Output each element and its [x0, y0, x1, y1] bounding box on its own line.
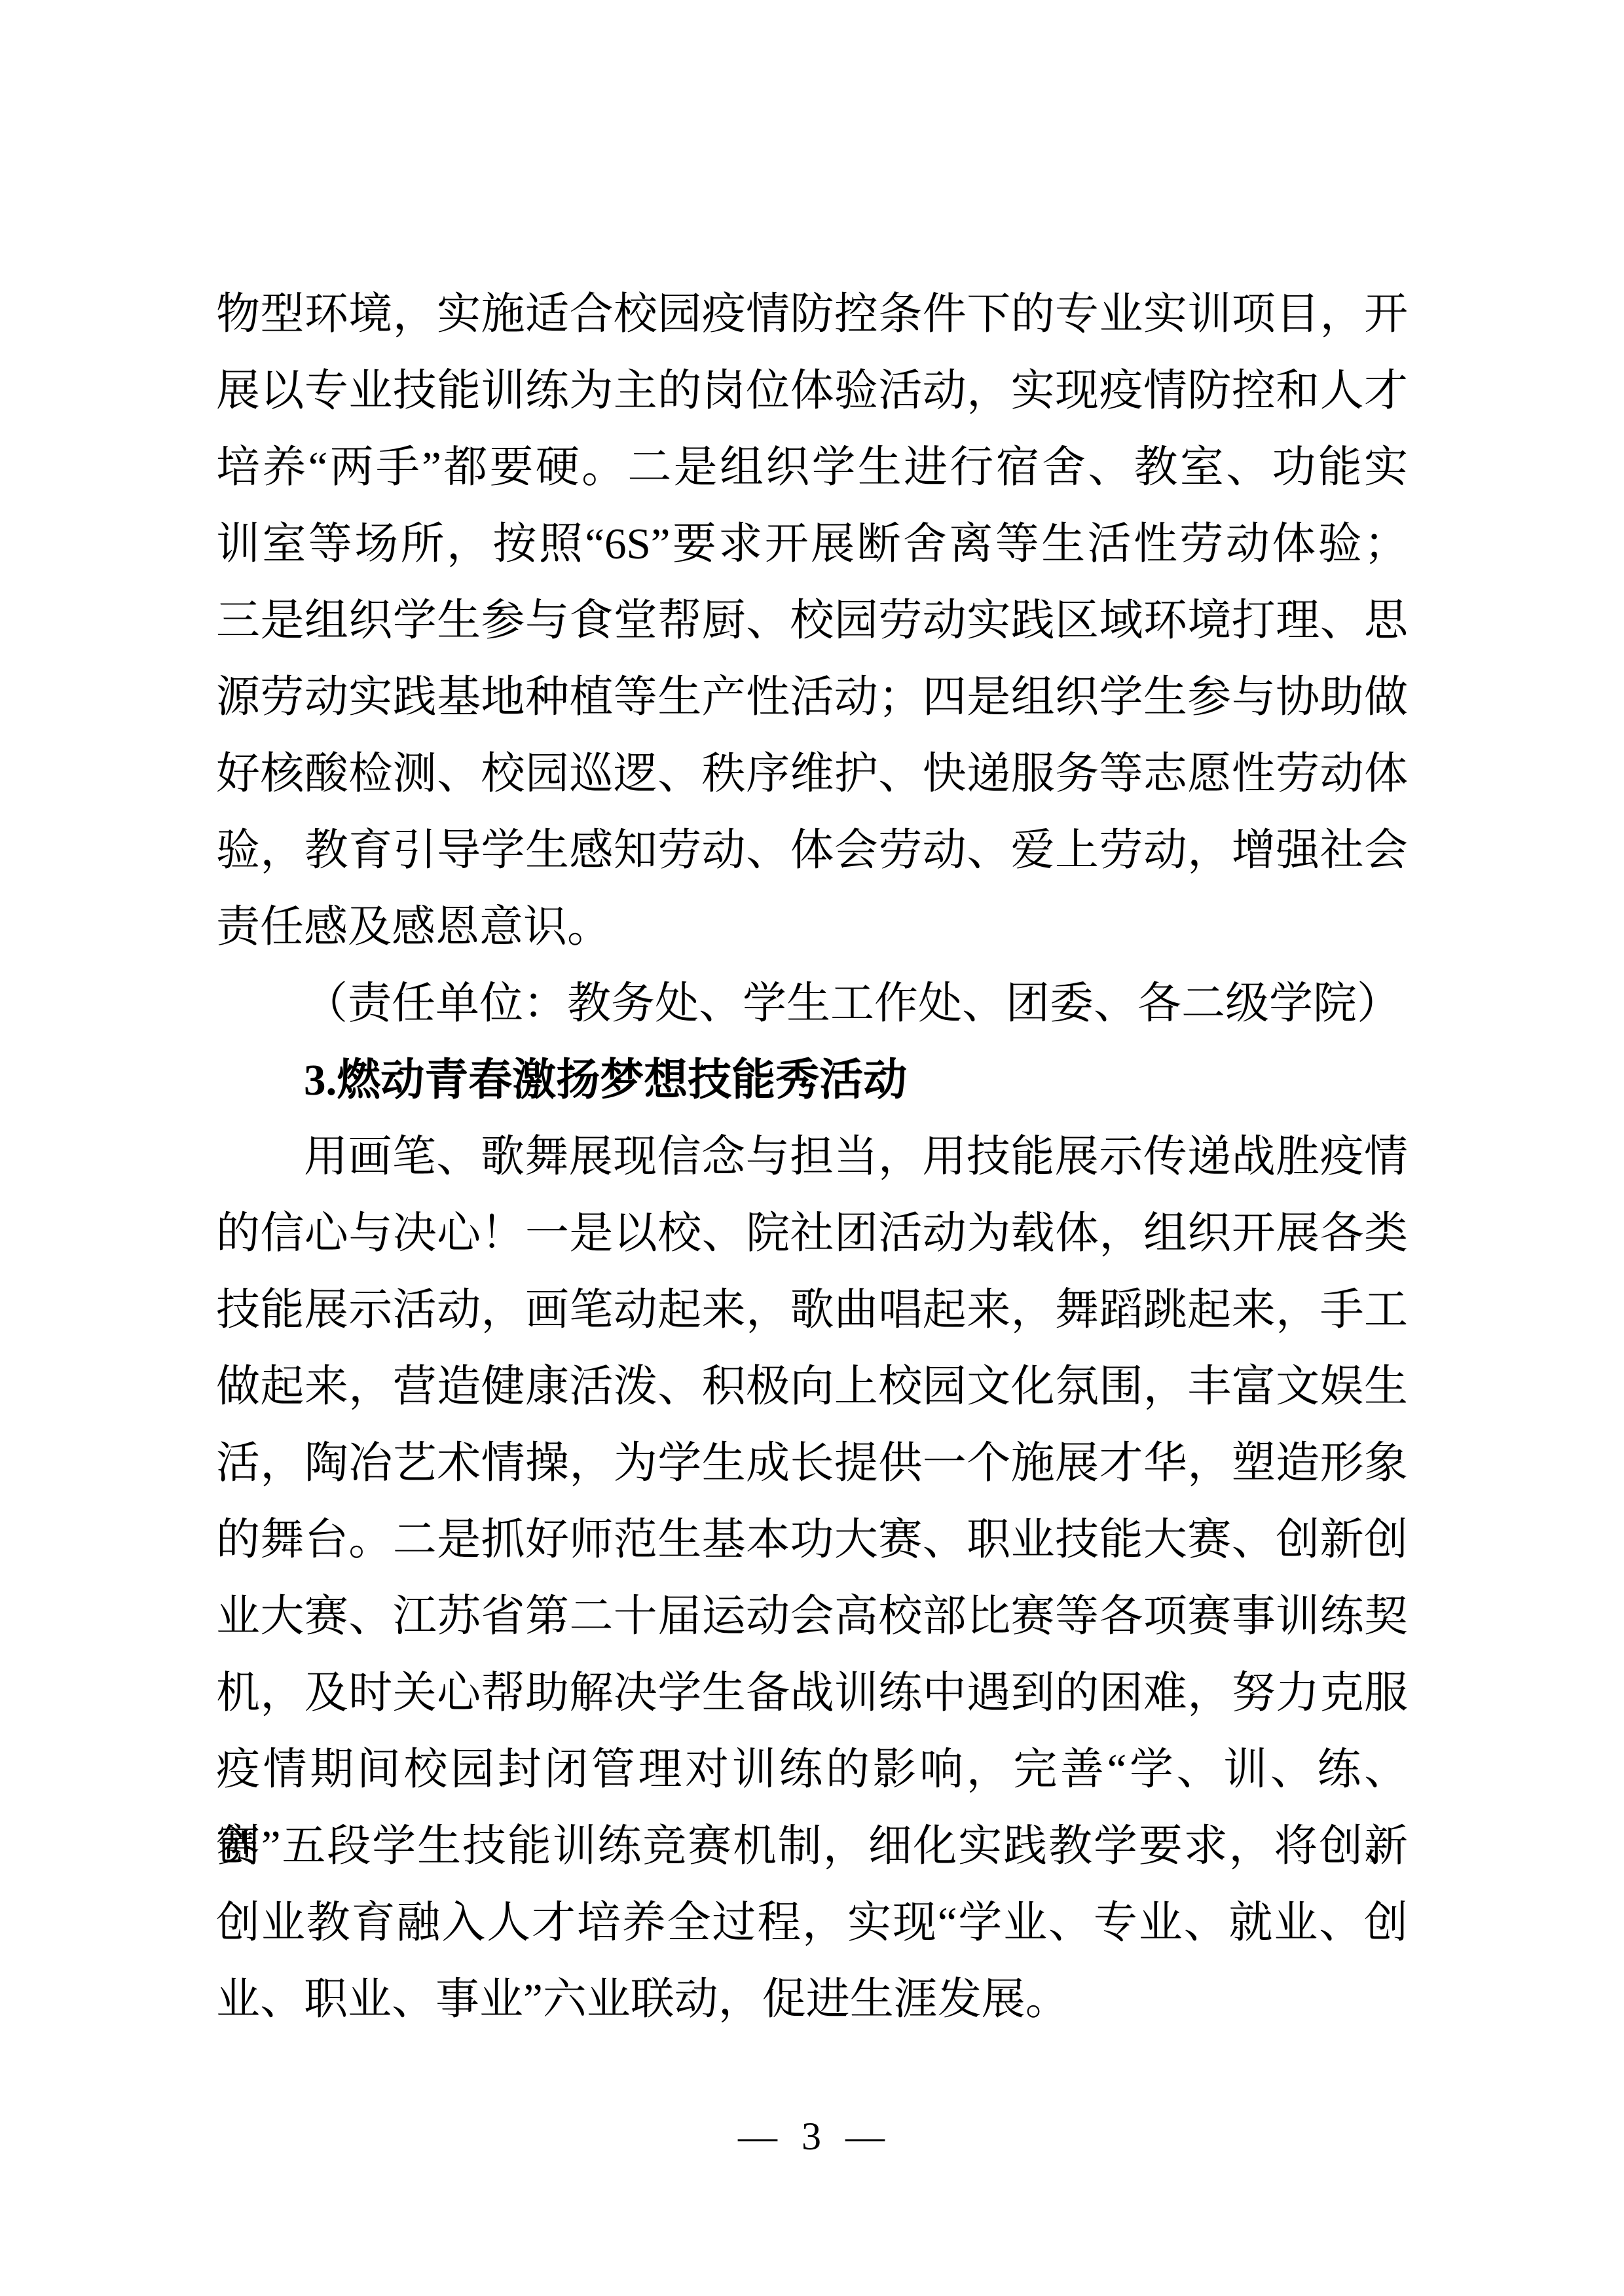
text-line: 疫情期间校园封闭管理对训练的影响，完善“学、训、练、赛、 — [216, 1732, 1408, 1808]
text-line: 好核酸检测、校园巡逻、秩序维护、快递服务等志愿性劳动体 — [216, 736, 1408, 812]
text-line: 技能展示活动，画笔动起来，歌曲唱起来，舞蹈跳起来，手工 — [216, 1272, 1408, 1349]
text-line: 机，及时关心帮助解决学生备战训练中遇到的困难，努力克服 — [216, 1655, 1408, 1732]
document-page: 物型环境，实施适合校园疫情防控条件下的专业实训项目，开展以专业技能训练为主的岗位… — [0, 0, 1624, 2296]
text-line: 活，陶冶艺术情操，为学生成长提供一个施展才华，塑造形象 — [216, 1425, 1408, 1502]
text-line: 业大赛、江苏省第二十届运动会高校部比赛等各项赛事训练契 — [216, 1578, 1408, 1655]
text-line: 创业教育融入人才培养全过程，实现“学业、专业、就业、创 — [216, 1885, 1408, 1961]
text-line: 3.燃动青春激扬梦想技能秀活动 — [216, 1042, 1408, 1119]
text-line: 展以专业技能训练为主的岗位体验活动，实现疫情防控和人才 — [216, 353, 1408, 429]
text-line: 三是组织学生参与食堂帮厨、校园劳动实践区域环境打理、思 — [216, 583, 1408, 659]
text-line: 训室等场所，按照“6S”要求开展断舍离等生活性劳动体验； — [216, 506, 1408, 583]
text-line: 责任感及感恩意识。 — [216, 889, 1408, 966]
text-line: 做起来，营造健康活泼、积极向上校园文化氛围，丰富文娱生 — [216, 1349, 1408, 1425]
text-line: （责任单位：教务处、学生工作处、团委、各二级学院） — [216, 966, 1408, 1042]
page-number: — 3 — — [0, 2098, 1624, 2175]
text-line: 用画笔、歌舞展现信念与担当，用技能展示传递战胜疫情 — [216, 1119, 1408, 1195]
document-body: 物型环境，实施适合校园疫情防控条件下的专业实训项目，开展以专业技能训练为主的岗位… — [216, 276, 1408, 2038]
text-line: 验，教育引导学生感知劳动、体会劳动、爱上劳动，增强社会 — [216, 812, 1408, 889]
text-line: 源劳动实践基地种植等生产性活动；四是组织学生参与协助做 — [216, 659, 1408, 736]
text-line: 的信心与决心！一是以校、院社团活动为载体，组织开展各类 — [216, 1195, 1408, 1272]
text-line: 物型环境，实施适合校园疫情防控条件下的专业实训项目，开 — [216, 276, 1408, 353]
text-line: 业、职业、事业”六业联动，促进生涯发展。 — [216, 1961, 1408, 2038]
text-line: 的舞台。二是抓好师范生基本功大赛、职业技能大赛、创新创 — [216, 1502, 1408, 1578]
text-line: 创”五段学生技能训练竞赛机制，细化实践教学要求，将创新 — [216, 1808, 1408, 1885]
text-line: 培养“两手”都要硬。二是组织学生进行宿舍、教室、功能实 — [216, 429, 1408, 506]
